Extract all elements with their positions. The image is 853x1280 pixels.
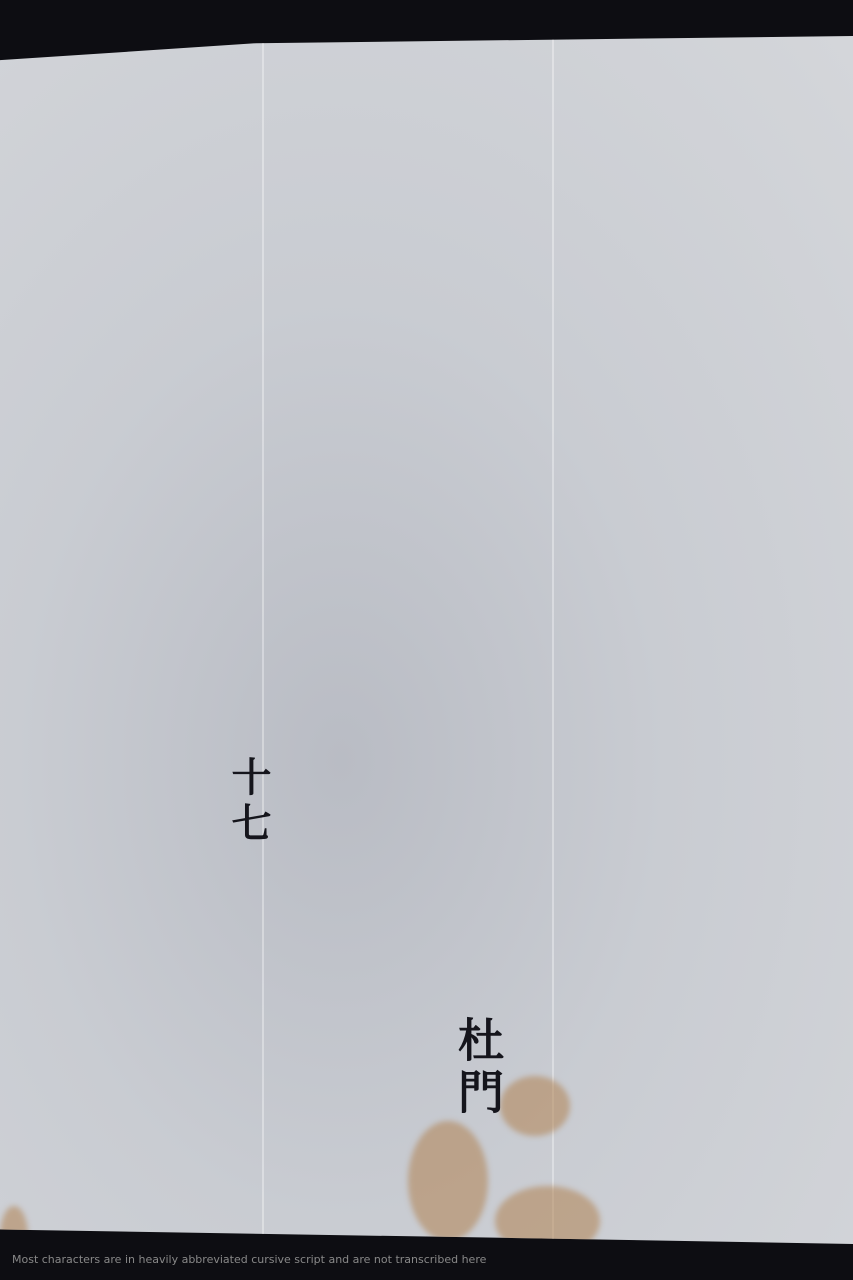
paper-fold: [552, 36, 554, 1244]
water-stain: [495, 1186, 600, 1256]
date-fragment: 十七: [220, 756, 277, 848]
transcription-note: Most characters are in heavily abbreviat…: [12, 1253, 486, 1266]
closing-phrase: 杜門: [445, 1016, 511, 1120]
letter-paper: 十七 杜門: [0, 36, 853, 1244]
water-stain: [408, 1121, 488, 1241]
paper-fold: [262, 36, 264, 1244]
